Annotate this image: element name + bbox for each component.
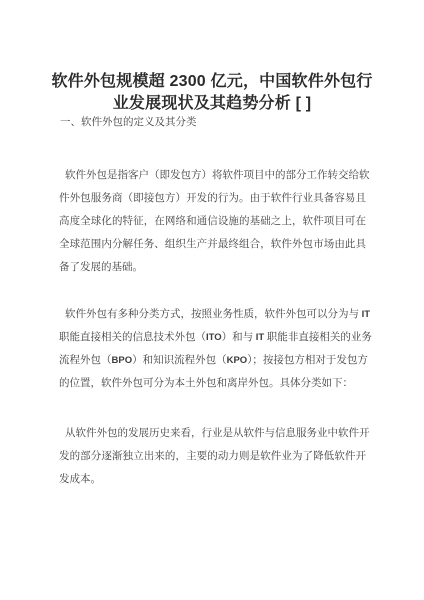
text-segment: 的位置，软件外包可分为本土外包和离岸外包。具体分类如下： <box>59 378 353 389</box>
keyword-text: IT <box>362 309 370 320</box>
keyword-text: BPO <box>112 355 133 366</box>
text-segment: 软件外包有多种分类方式，按照业务性质，软件外包可以分为与 <box>65 309 362 320</box>
text-line: 件外包服务商（即接包方）开发的行为。由于软件行业具备容易且 <box>59 187 366 210</box>
keyword-text: KPO <box>227 355 248 366</box>
text-segment: ）和知识流程外包（ <box>132 355 227 366</box>
text-line: 高度全球化的特征，在网络和通信设施的基础之上，软件项目可在 <box>59 210 366 233</box>
text-line: 软件外包有多种分类方式，按照业务性质，软件外包可以分为与 IT <box>59 303 366 326</box>
text-line: 从软件外包的发展历史来看，行业是从软件与信息服务业中软件开 <box>59 422 366 445</box>
text-segment: 发的部分逐渐独立出来的，主要的动力则是软件业为了降低软件开 <box>59 451 366 462</box>
text-line: 的位置，软件外包可分为本土外包和离岸外包。具体分类如下： <box>59 372 366 395</box>
text-segment: 职能直接相关的信息技术外包（ <box>59 332 206 343</box>
text-segment: 高度全球化的特征，在网络和通信设施的基础之上，软件项目可在 <box>59 216 366 227</box>
text-segment: 发成本。 <box>59 474 101 485</box>
document-body: 软件外包是指客户（即发包方）将软件项目中的部分工作转交给软件外包服务商（即接包方… <box>0 0 424 600</box>
keyword-text: ITO <box>206 332 222 343</box>
paragraph: 从软件外包的发展历史来看，行业是从软件与信息服务业中软件开发的部分逐渐独立出来的… <box>59 422 366 491</box>
text-line: 软件外包是指客户（即发包方）将软件项目中的部分工作转交给软 <box>59 164 366 187</box>
text-line: 全球范围内分解任务、组织生产并最终组合，软件外包市场由此具 <box>59 233 366 256</box>
text-segment: 职能非直接相关的业务 <box>264 332 372 343</box>
text-line: 职能直接相关的信息技术外包（ITO）和与 IT 职能非直接相关的业务 <box>59 326 366 349</box>
text-segment: 备了发展的基础。 <box>59 262 143 273</box>
text-segment: 件外包服务商（即接包方）开发的行为。由于软件行业具备容易且 <box>59 193 366 204</box>
text-line: 发成本。 <box>59 468 366 491</box>
keyword-text: IT <box>256 332 264 343</box>
document-page: 软件外包规模超 2300 亿元，中国软件外包行业发展现状及其趋势分析 [ ] 一… <box>0 0 424 600</box>
text-segment: 软件外包是指客户（即发包方）将软件项目中的部分工作转交给软 <box>65 170 370 181</box>
text-line: 发的部分逐渐独立出来的，主要的动力则是软件业为了降低软件开 <box>59 445 366 468</box>
text-line: 备了发展的基础。 <box>59 256 366 279</box>
text-line: 流程外包（BPO）和知识流程外包（KPO）；按接包方相对于发包方 <box>59 349 366 372</box>
text-segment: 全球范围内分解任务、组织生产并最终组合，软件外包市场由此具 <box>59 239 366 250</box>
paragraph: 软件外包是指客户（即发包方）将软件项目中的部分工作转交给软件外包服务商（即接包方… <box>59 164 366 279</box>
text-segment: 从软件外包的发展历史来看，行业是从软件与信息服务业中软件开 <box>65 428 370 439</box>
text-segment: ）；按接包方相对于发包方 <box>247 355 368 366</box>
text-segment: 流程外包（ <box>59 355 112 366</box>
paragraph: 软件外包有多种分类方式，按照业务性质，软件外包可以分为与 IT职能直接相关的信息… <box>59 303 366 395</box>
text-segment: ）和与 <box>222 332 256 343</box>
